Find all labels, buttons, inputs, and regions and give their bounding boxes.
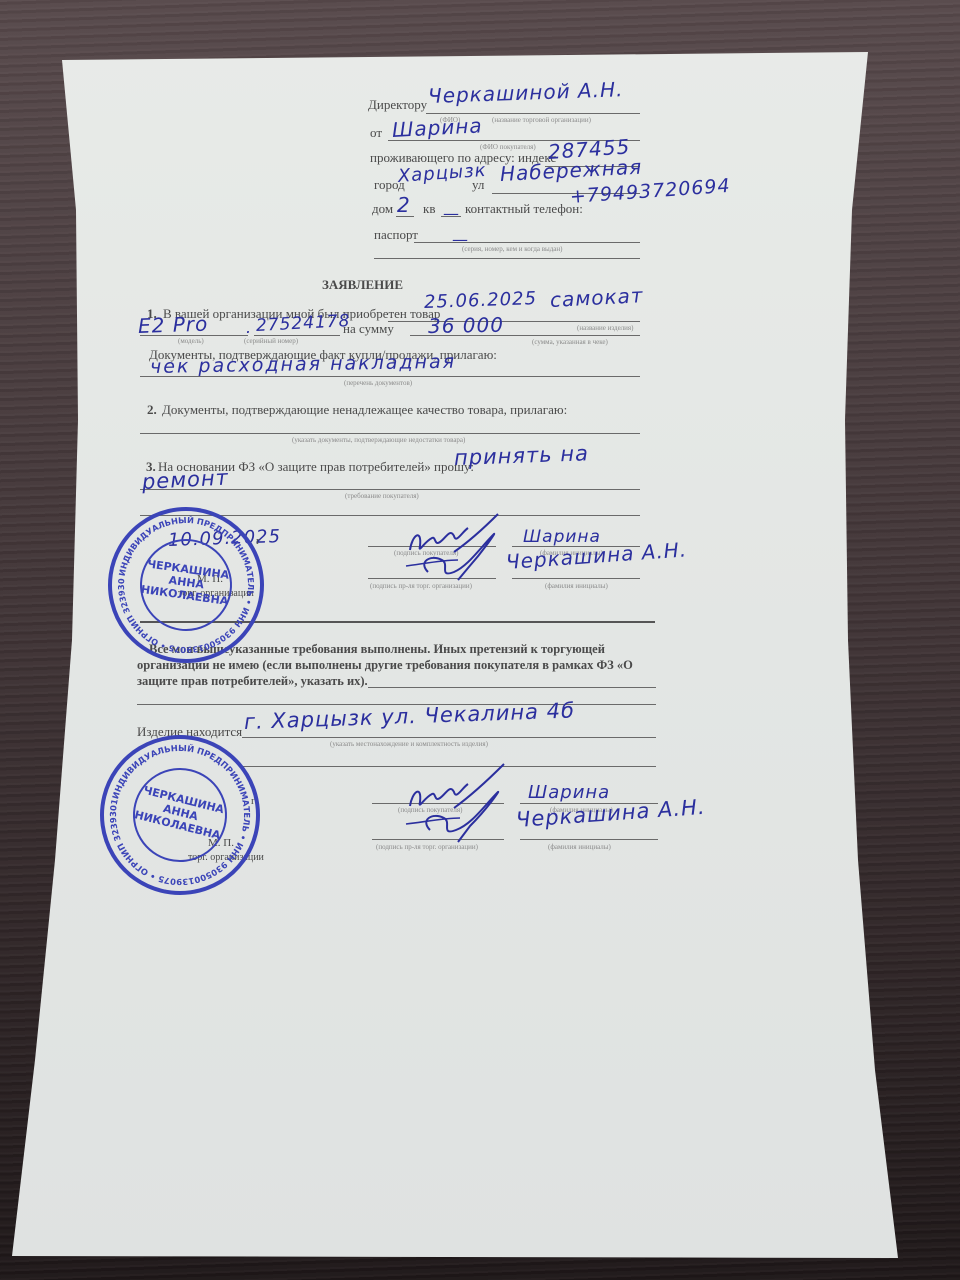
location-caption: (указать местонахождение и комплектность… xyxy=(330,740,488,748)
section2-line xyxy=(140,433,640,434)
from-label: от xyxy=(370,125,382,141)
model-serial-separator: . xyxy=(246,318,252,337)
seller-name-caption-2: (фамилия инициалы) xyxy=(548,843,611,851)
passport-line-2 xyxy=(374,258,640,259)
purchase-date-value: 25.06.2025 xyxy=(424,288,538,313)
apt-label: кв xyxy=(423,201,435,217)
serial-caption: (серийный номер) xyxy=(244,337,298,345)
location-line xyxy=(242,737,656,738)
phone-label: контактный телефон: xyxy=(465,201,583,217)
passport-line xyxy=(414,242,640,243)
seller-name-line-1 xyxy=(512,578,640,579)
from-value: Шарина xyxy=(391,113,483,142)
sum-caption: (сумма, указанная в чеке) xyxy=(532,338,608,346)
house-value: 2 xyxy=(397,193,411,217)
house-label: дом xyxy=(372,201,393,217)
director-label: Директору xyxy=(368,97,427,113)
passport-label: паспорт xyxy=(374,227,418,243)
passport-value: — xyxy=(452,230,469,249)
section2-caption: (указать документы, подтверждающие недос… xyxy=(292,436,465,444)
item-caption: (название изделия) xyxy=(577,324,633,332)
section2-text: Документы, подтверждающие ненадлежащее к… xyxy=(162,402,567,418)
section1-item-line xyxy=(388,321,640,322)
buyer-name-value-2: Шарина xyxy=(528,782,610,803)
section2-number: 2. xyxy=(147,402,157,418)
seal-stamp-1: ИНДИВИДУАЛЬНЫЙ ПРЕДПРИНИМАТЕЛЬ • ИНН 930… xyxy=(98,497,274,673)
passport-caption: (серия, номер, кем и когда выдан) xyxy=(462,245,563,253)
street-label: ул xyxy=(472,177,484,193)
section3-caption: (требование покупателя) xyxy=(345,492,419,500)
docs-caption: (перечень документов) xyxy=(344,379,412,387)
document-title: ЗАЯВЛЕНИЕ xyxy=(322,277,403,293)
seller-name-caption-1: (фамилия инициалы) xyxy=(545,582,608,590)
sum-value: 36 000 xyxy=(428,313,504,338)
closing-line-3: защите прав потребителей», указать их). xyxy=(137,674,368,689)
section3-value-line1: принять на xyxy=(454,441,590,470)
sum-label: на сумму xyxy=(343,321,394,337)
seller-name-line-2 xyxy=(520,839,658,840)
model-caption: (модель) xyxy=(178,337,204,345)
model-value: E2 Pro xyxy=(138,312,209,338)
closing-extra-line xyxy=(368,687,656,688)
item-value: самокат xyxy=(549,283,644,312)
section3-value-line2: ремонт xyxy=(141,465,229,494)
buyer-signature-1 xyxy=(398,510,508,590)
director-caption-org: (название торговой организации) xyxy=(492,116,591,124)
buyer-signature-2 xyxy=(396,762,516,852)
apt-value: — xyxy=(443,204,460,223)
